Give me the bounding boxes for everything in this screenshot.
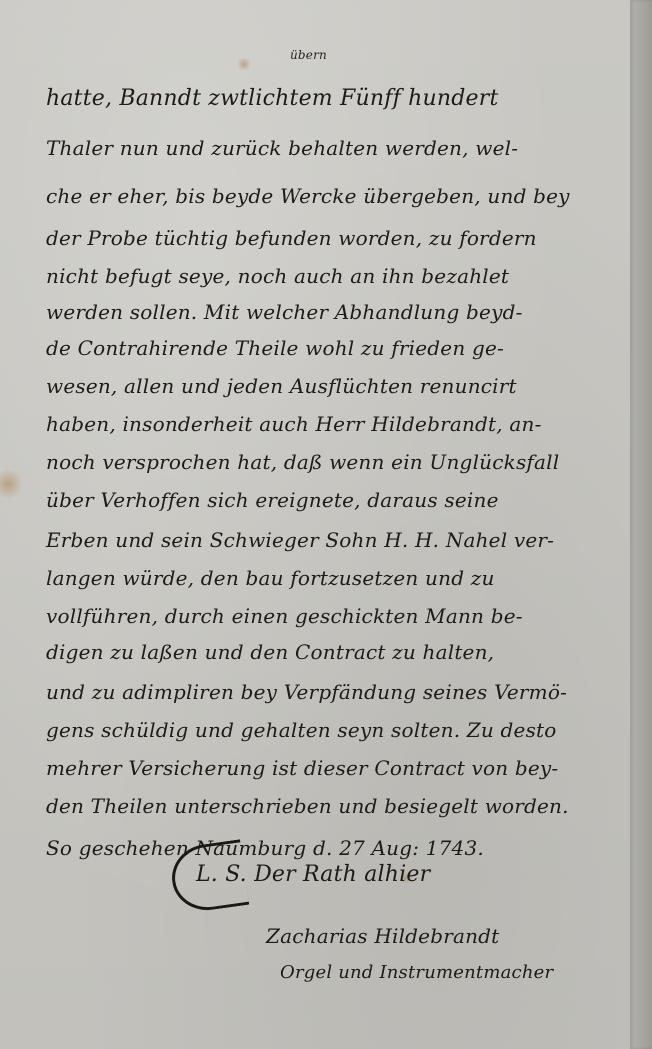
text-line-9: haben, insonderheit auch Herr Hildebrand…: [46, 412, 542, 436]
text-line-14: vollführen, durch einen geschickten Mann…: [46, 604, 523, 628]
interlinear-insertion: übern: [290, 48, 327, 62]
text-line-13: langen würde, den bau fortzusetzen und z…: [46, 566, 495, 590]
manuscript-page: übern hatte, Banndt zwtlichtem Fünff hun…: [0, 0, 630, 1049]
text-line-5: nicht befugt seye, noch auch an ihn beza…: [46, 264, 509, 288]
text-line-6: werden sollen. Mit welcher Abhandlung be…: [46, 300, 523, 324]
text-line-2: Thaler nun und zurück behalten werden, w…: [46, 136, 518, 160]
text-line-8: wesen, allen und jeden Ausflüchten renun…: [46, 374, 517, 398]
text-line-3: che er eher, bis beyde Wercke übergeben,…: [46, 184, 570, 208]
text-line-15: digen zu laßen und den Contract zu halte…: [46, 640, 494, 664]
text-line-16: und zu adimpliren bey Verpfändung seines…: [46, 680, 567, 704]
paper-stain: [0, 468, 22, 500]
builder-signature-title: Orgel und Instrumentmacher: [280, 962, 553, 983]
text-line-12: Erben und sein Schwieger Sohn H. H. Nahe…: [46, 528, 554, 552]
text-line-10: noch versprochen hat, daß wenn ein Unglü…: [46, 450, 559, 474]
text-line-20-date: So geschehen Naumburg d. 27 Aug: 1743.: [46, 836, 484, 860]
text-line-18: mehrer Versicherung ist dieser Contract …: [46, 756, 558, 780]
builder-signature-name: Zacharias Hildebrandt: [266, 924, 499, 948]
paper-stain: [236, 58, 252, 70]
text-line-17: gens schüldig und gehalten seyn solten. …: [46, 718, 557, 742]
book-binding-edge: [630, 0, 652, 1049]
text-line-19: den Theilen unterschrieben und besiegelt…: [46, 794, 569, 818]
text-line-1: hatte, Banndt zwtlichtem Fünff hundert: [46, 86, 499, 111]
text-line-4: der Probe tüchtig befunden worden, zu fo…: [46, 226, 537, 250]
text-line-11: über Verhoffen sich ereignete, daraus se…: [46, 488, 499, 512]
text-line-7: de Contrahirende Theile wohl zu frieden …: [46, 336, 504, 360]
council-signature: L. S. Der Rath alhier: [196, 862, 430, 887]
